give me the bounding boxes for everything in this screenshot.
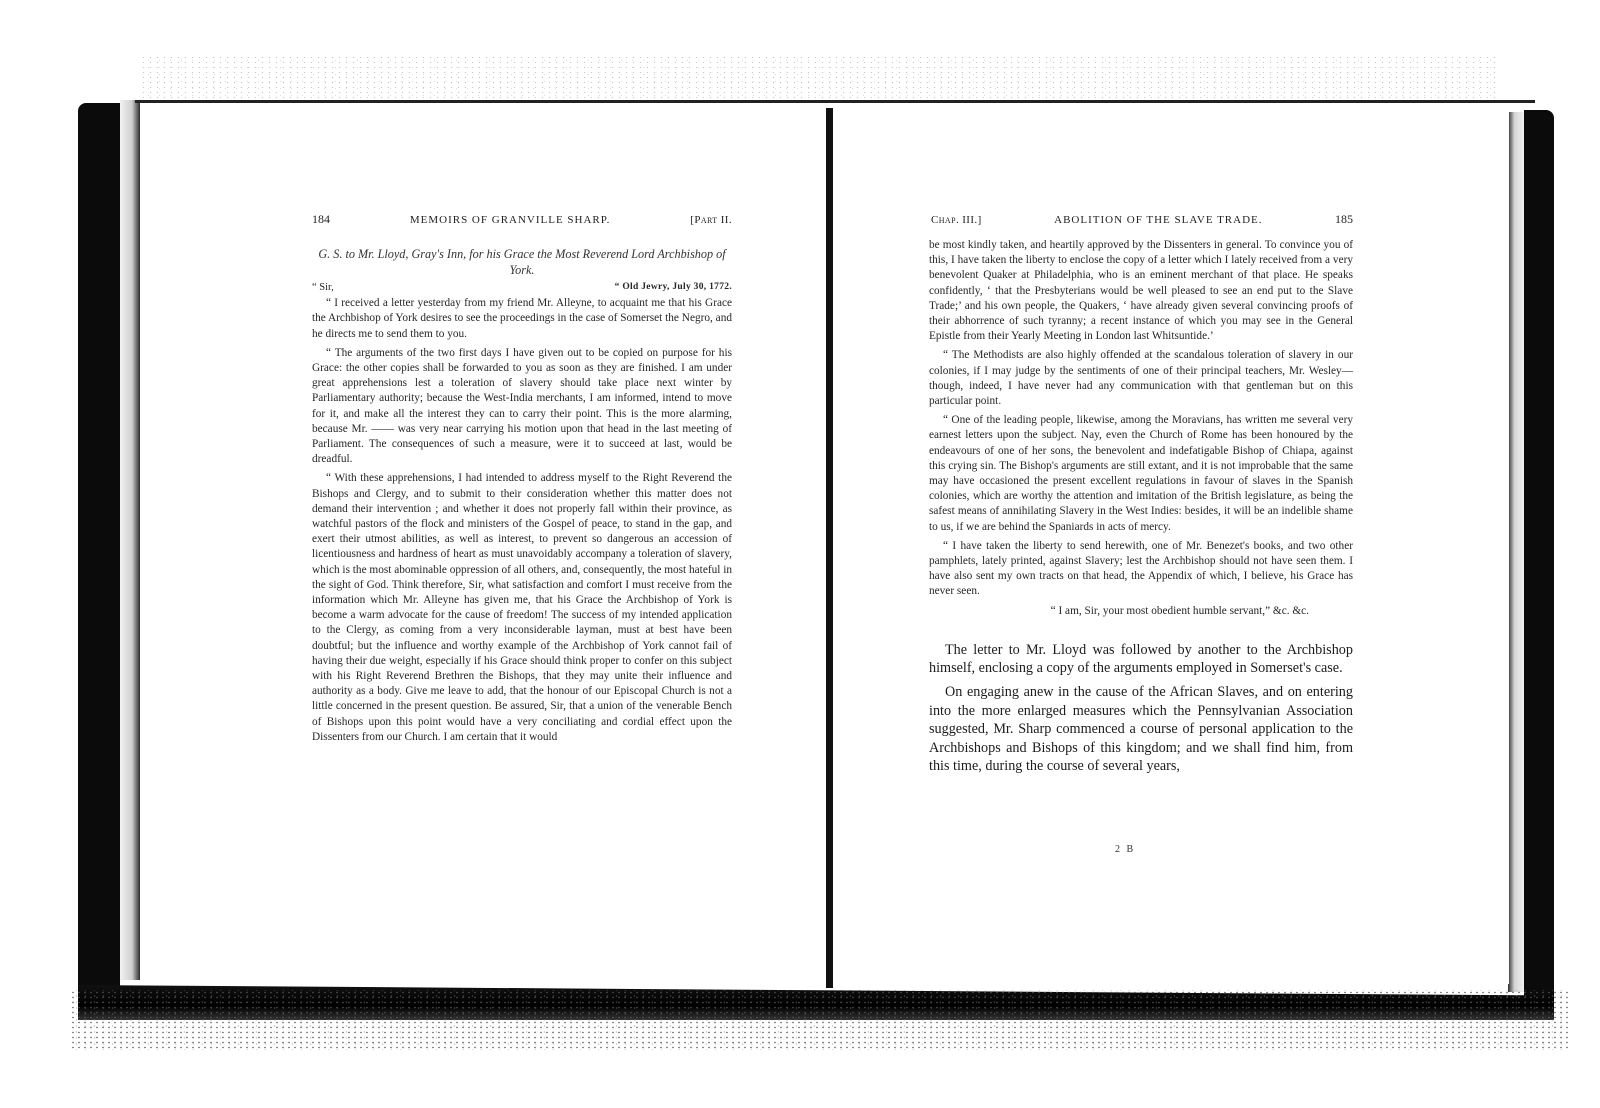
book-top-edge bbox=[135, 100, 1535, 103]
paragraph: “ With these apprehensions, I had intend… bbox=[312, 471, 732, 745]
book-cover-right bbox=[1524, 110, 1554, 1010]
right-page: Chap. III.] ABOLITION OF THE SLAVE TRADE… bbox=[833, 104, 1509, 984]
salutation-row: “ Sir, “ Old Jewry, July 30, 1772. bbox=[312, 280, 732, 295]
right-running-section: Chap. III.] bbox=[931, 214, 982, 226]
paragraph: “ I received a letter yesterday from my … bbox=[312, 296, 732, 342]
left-running-title: MEMOIRS OF GRANVILLE SHARP. bbox=[410, 214, 611, 226]
dateline: “ Old Jewry, July 30, 1772. bbox=[615, 280, 732, 295]
paragraph: “ One of the leading people, likewise, a… bbox=[929, 413, 1353, 535]
right-text-column: be most kindly taken, and heartily appro… bbox=[929, 238, 1353, 781]
book-cover-left bbox=[78, 103, 120, 1003]
right-page-number: 185 bbox=[1335, 212, 1353, 227]
paragraph: “ I have taken the liberty to send herew… bbox=[929, 539, 1353, 600]
left-running-section: [Part II. bbox=[690, 214, 732, 226]
left-text-column: G. S. to Mr. Lloyd, Gray's Inn, for his … bbox=[312, 246, 732, 749]
page-edges-left bbox=[120, 100, 140, 980]
scan-noise-bottom bbox=[70, 990, 1570, 1050]
paragraph: “ The Methodists are also highly offende… bbox=[929, 348, 1353, 409]
narrative-paragraph: On engaging anew in the cause of the Afr… bbox=[929, 683, 1353, 776]
paragraph: be most kindly taken, and heartily appro… bbox=[929, 238, 1353, 344]
left-running-head: 184 MEMOIRS OF GRANVILLE SHARP. [Part II… bbox=[312, 212, 732, 232]
salutation: “ Sir, bbox=[312, 280, 334, 295]
book-gutter bbox=[826, 108, 833, 988]
scan-noise-top bbox=[140, 55, 1500, 105]
left-page-number: 184 bbox=[312, 212, 330, 227]
paragraph: “ The arguments of the two first days I … bbox=[312, 346, 732, 468]
narrative-paragraph: The letter to Mr. Lloyd was followed by … bbox=[929, 641, 1353, 678]
letter-closing: “ I am, Sir, your most obedient humble s… bbox=[929, 604, 1353, 619]
narrative-section: The letter to Mr. Lloyd was followed by … bbox=[929, 641, 1353, 776]
left-page: 184 MEMOIRS OF GRANVILLE SHARP. [Part II… bbox=[140, 104, 826, 984]
signature-mark: 2 B bbox=[1115, 844, 1135, 855]
right-running-title: ABOLITION OF THE SLAVE TRADE. bbox=[1054, 214, 1262, 226]
right-running-head: Chap. III.] ABOLITION OF THE SLAVE TRADE… bbox=[931, 212, 1353, 232]
page-edges-right bbox=[1508, 112, 1524, 992]
letter-heading: G. S. to Mr. Lloyd, Gray's Inn, for his … bbox=[312, 246, 732, 278]
